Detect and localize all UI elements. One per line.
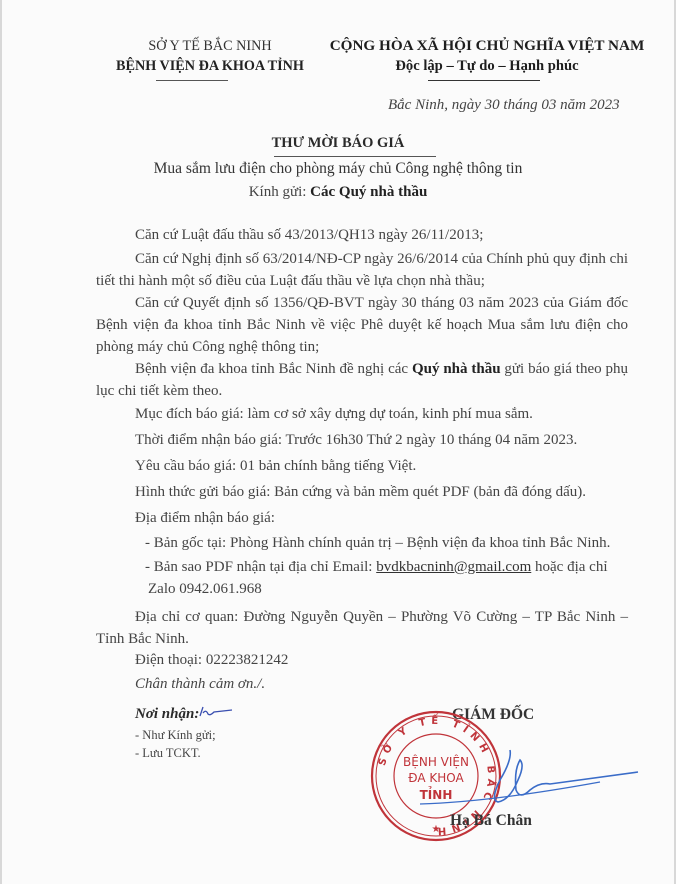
submission-format: Hình thức gửi báo giá: Bản cứng và bản m… xyxy=(135,484,586,501)
initials-icon xyxy=(198,704,234,720)
basis-decision: Căn cứ Quyết định số 1356/QĐ-BVT ngày 30… xyxy=(96,292,628,358)
signer-name: Hạ Bá Chân xyxy=(450,812,532,830)
motto-underline xyxy=(428,80,540,81)
thanks: Chân thành cảm ơn./. xyxy=(135,676,265,693)
basis-decree: Căn cứ Nghị định số 63/2014/NĐ-CP ngày 2… xyxy=(96,248,628,292)
document-title: THƯ MỜI BÁO GIÁ xyxy=(0,135,676,152)
document-subtitle: Mua sắm lưu điện cho phòng máy chủ Công … xyxy=(0,160,676,178)
requirement: Yêu cầu báo giá: 01 bản chính bằng tiếng… xyxy=(135,458,416,475)
location-title: Địa điểm nhận báo giá: xyxy=(135,510,275,527)
issuer-underline xyxy=(156,80,228,81)
motto: Độc lập – Tự do – Hạnh phúc xyxy=(318,56,656,76)
request-paragraph: Bệnh viện đa khoa tỉnh Bắc Ninh đề nghị … xyxy=(96,358,628,402)
national-motto-block: CỘNG HÒA XÃ HỘI CHỦ NGHĨA VIỆT NAM Độc l… xyxy=(318,36,656,76)
recipients-title: Nơi nhận: xyxy=(135,706,199,723)
country-name: CỘNG HÒA XÃ HỘI CHỦ NGHĨA VIỆT NAM xyxy=(318,36,656,56)
deadline: Thời điểm nhận báo giá: Trước 16h30 Thứ … xyxy=(135,432,577,449)
recipient-item: - Lưu TCKT. xyxy=(135,746,201,761)
phone: Điện thoại: 02223821242 xyxy=(135,652,288,669)
office-address: Địa chỉ cơ quan: Đường Nguyễn Quyền – Ph… xyxy=(96,606,628,650)
location-zalo: Zalo 0942.061.968 xyxy=(148,581,262,598)
page-edge-left xyxy=(0,0,2,884)
salutation-target: Các Quý nhà thầu xyxy=(310,184,427,200)
basis-law: Căn cứ Luật đấu thầu số 43/2013/QH13 ngà… xyxy=(96,224,628,246)
title-underline xyxy=(274,156,436,157)
issuer-block: SỞ Y TẾ BẮC NINH BỆNH VIỆN ĐA KHOA TỈNH xyxy=(100,36,320,76)
issuer-hospital: BỆNH VIỆN ĐA KHOA TỈNH xyxy=(100,56,320,76)
location-original: - Bản gốc tại: Phòng Hành chính quản trị… xyxy=(145,535,610,552)
salutation-prefix: Kính gửi: xyxy=(249,184,310,200)
location-copy: - Bản sao PDF nhận tại địa chỉ Email: bv… xyxy=(145,559,623,576)
salutation: Kính gửi: Các Quý nhà thầu xyxy=(0,184,676,201)
email-link[interactable]: bvdkbacninh@gmail.com xyxy=(376,559,531,575)
recipient-item: - Như Kính gửi; xyxy=(135,728,216,743)
issuer-department: SỞ Y TẾ BẮC NINH xyxy=(100,36,320,56)
document-date: Bắc Ninh, ngày 30 tháng 03 năm 2023 xyxy=(388,97,620,114)
purpose: Mục đích báo giá: làm cơ sở xây dựng dự … xyxy=(135,406,533,423)
